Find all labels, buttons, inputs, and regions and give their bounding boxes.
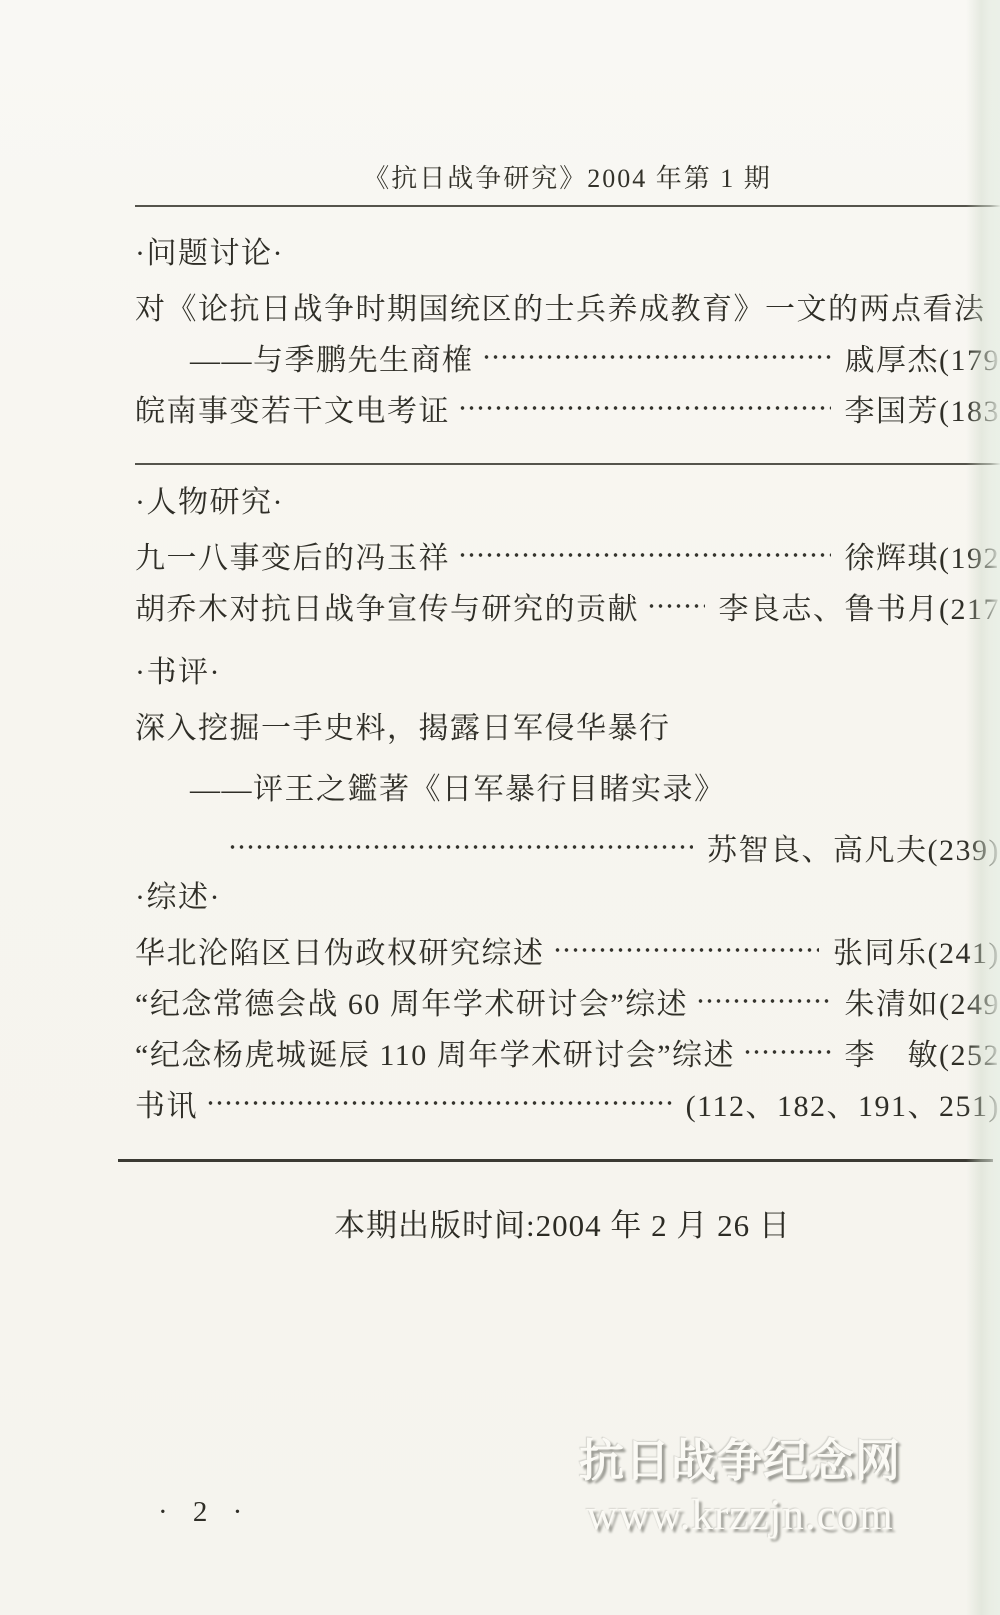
entry-title: 华北沦陷区日伪政权研究综述	[135, 928, 545, 972]
toc-section: ·综述·华北沦陷区日伪政权研究综述张同乐(241)“纪念常德会战 60 周年学术…	[135, 872, 1000, 1128]
leader-dots	[696, 986, 830, 1016]
watermark-site-name: 抗日战争纪念网	[540, 1424, 940, 1489]
page-number: · 2 ·	[158, 1496, 251, 1529]
section-divider	[135, 463, 1000, 465]
leader-dots	[553, 935, 820, 965]
entry-title: “纪念常德会战 60 周年学术研讨会”综述	[135, 979, 688, 1023]
entry-title: 皖南事变若干文电考证	[135, 386, 450, 430]
toc-entry-row: 对《论抗日战争时期国统区的士兵养成教育》一文的两点看法	[135, 280, 1000, 331]
toc-section: ·问题讨论·对《论抗日战争时期国统区的士兵养成教育》一文的两点看法——与季鹏先生…	[135, 228, 1000, 465]
entry-authors-page: (112、182、191、251)	[686, 1081, 1000, 1125]
leader-dots	[743, 1037, 830, 1067]
leader-dots	[647, 591, 705, 621]
toc-entry-row: 深入挖掘一手史料，揭露日军侵华暴行	[135, 699, 1000, 750]
toc-entry-row: 书讯(112、182、191、251)	[135, 1077, 1000, 1128]
entry-title: “纪念杨虎城诞辰 110 周年学术研讨会”综述	[135, 1030, 735, 1074]
header-divider	[135, 205, 1000, 207]
entry-title: 深入挖掘一手史料，揭露日军侵华暴行	[135, 703, 671, 747]
entry-authors-page: 李国芳(183	[845, 386, 1000, 430]
leader-dots	[458, 540, 831, 570]
section-label: ·书评·	[135, 647, 1000, 699]
entry-authors-page: 朱清如(249	[845, 979, 1000, 1023]
entry-title: 书讯	[135, 1081, 198, 1125]
toc-entry-row: “纪念杨虎城诞辰 110 周年学术研讨会”综述李 敏(252	[135, 1026, 1000, 1077]
leader-dots	[228, 832, 693, 862]
section-label: ·人物研究·	[135, 477, 1000, 529]
entry-authors-page: 徐辉琪(192	[845, 533, 1000, 577]
toc-entry-row: 胡乔木对抗日战争宣传与研究的贡献李良志、鲁书月(217	[135, 580, 1000, 631]
footer-divider	[118, 1159, 993, 1162]
toc-section: ·人物研究·九一八事变后的冯玉祥徐辉琪(192胡乔木对抗日战争宣传与研究的贡献李…	[135, 477, 1000, 631]
scanned-page: 《抗日战争研究》2004 年第 1 期 ·问题讨论·对《论抗日战争时期国统区的士…	[0, 0, 1000, 1615]
toc-entry-row: ——评王之鑑著《日军暴行目睹实录》	[135, 760, 1000, 811]
entry-authors-page: 张同乐(241)	[833, 928, 1000, 972]
toc-section: ·书评·深入挖掘一手史料，揭露日军侵华暴行——评王之鑑著《日军暴行目睹实录》苏智…	[135, 647, 1000, 872]
toc-entry-row: 苏智良、高凡夫(239)	[135, 821, 1000, 872]
entry-authors-page: 李 敏(252	[845, 1030, 1000, 1074]
entry-title: ——评王之鑑著《日军暴行目睹实录》	[190, 764, 726, 808]
watermark-site-url: www.krzzjn.com	[540, 1491, 940, 1540]
watermark: 抗日战争纪念网 www.krzzjn.com	[540, 1424, 940, 1540]
publish-date: 本期出版时间:2004 年 2 月 26 日	[135, 1200, 990, 1245]
leader-dots	[206, 1088, 672, 1118]
leader-dots	[458, 393, 831, 423]
journal-issue-header: 《抗日战争研究》2004 年第 1 期	[135, 158, 1000, 195]
toc-entry-row: 九一八事变后的冯玉祥徐辉琪(192	[135, 529, 1000, 580]
table-of-contents: ·问题讨论·对《论抗日战争时期国统区的士兵养成教育》一文的两点看法——与季鹏先生…	[135, 228, 1000, 1128]
toc-entry-row: “纪念常德会战 60 周年学术研讨会”综述朱清如(249	[135, 975, 1000, 1026]
entry-title: 胡乔木对抗日战争宣传与研究的贡献	[135, 584, 639, 628]
toc-entry-row: ——与季鹏先生商榷戚厚杰(179	[135, 331, 1000, 382]
section-label: ·问题讨论·	[135, 228, 1000, 280]
section-label: ·综述·	[135, 872, 1000, 924]
toc-entry-row: 华北沦陷区日伪政权研究综述张同乐(241)	[135, 924, 1000, 975]
leader-dots	[482, 342, 831, 372]
entry-authors-page: 戚厚杰(179	[845, 335, 1000, 379]
toc-entry-row: 皖南事变若干文电考证李国芳(183	[135, 382, 1000, 433]
entry-authors-page: 李良志、鲁书月(217	[719, 584, 1000, 628]
entry-title: 九一八事变后的冯玉祥	[135, 533, 450, 577]
entry-title: ——与季鹏先生商榷	[190, 335, 474, 379]
entry-authors-page: 苏智良、高凡夫(239)	[707, 825, 1000, 869]
entry-title: 对《论抗日战争时期国统区的士兵养成教育》一文的两点看法	[135, 284, 986, 328]
